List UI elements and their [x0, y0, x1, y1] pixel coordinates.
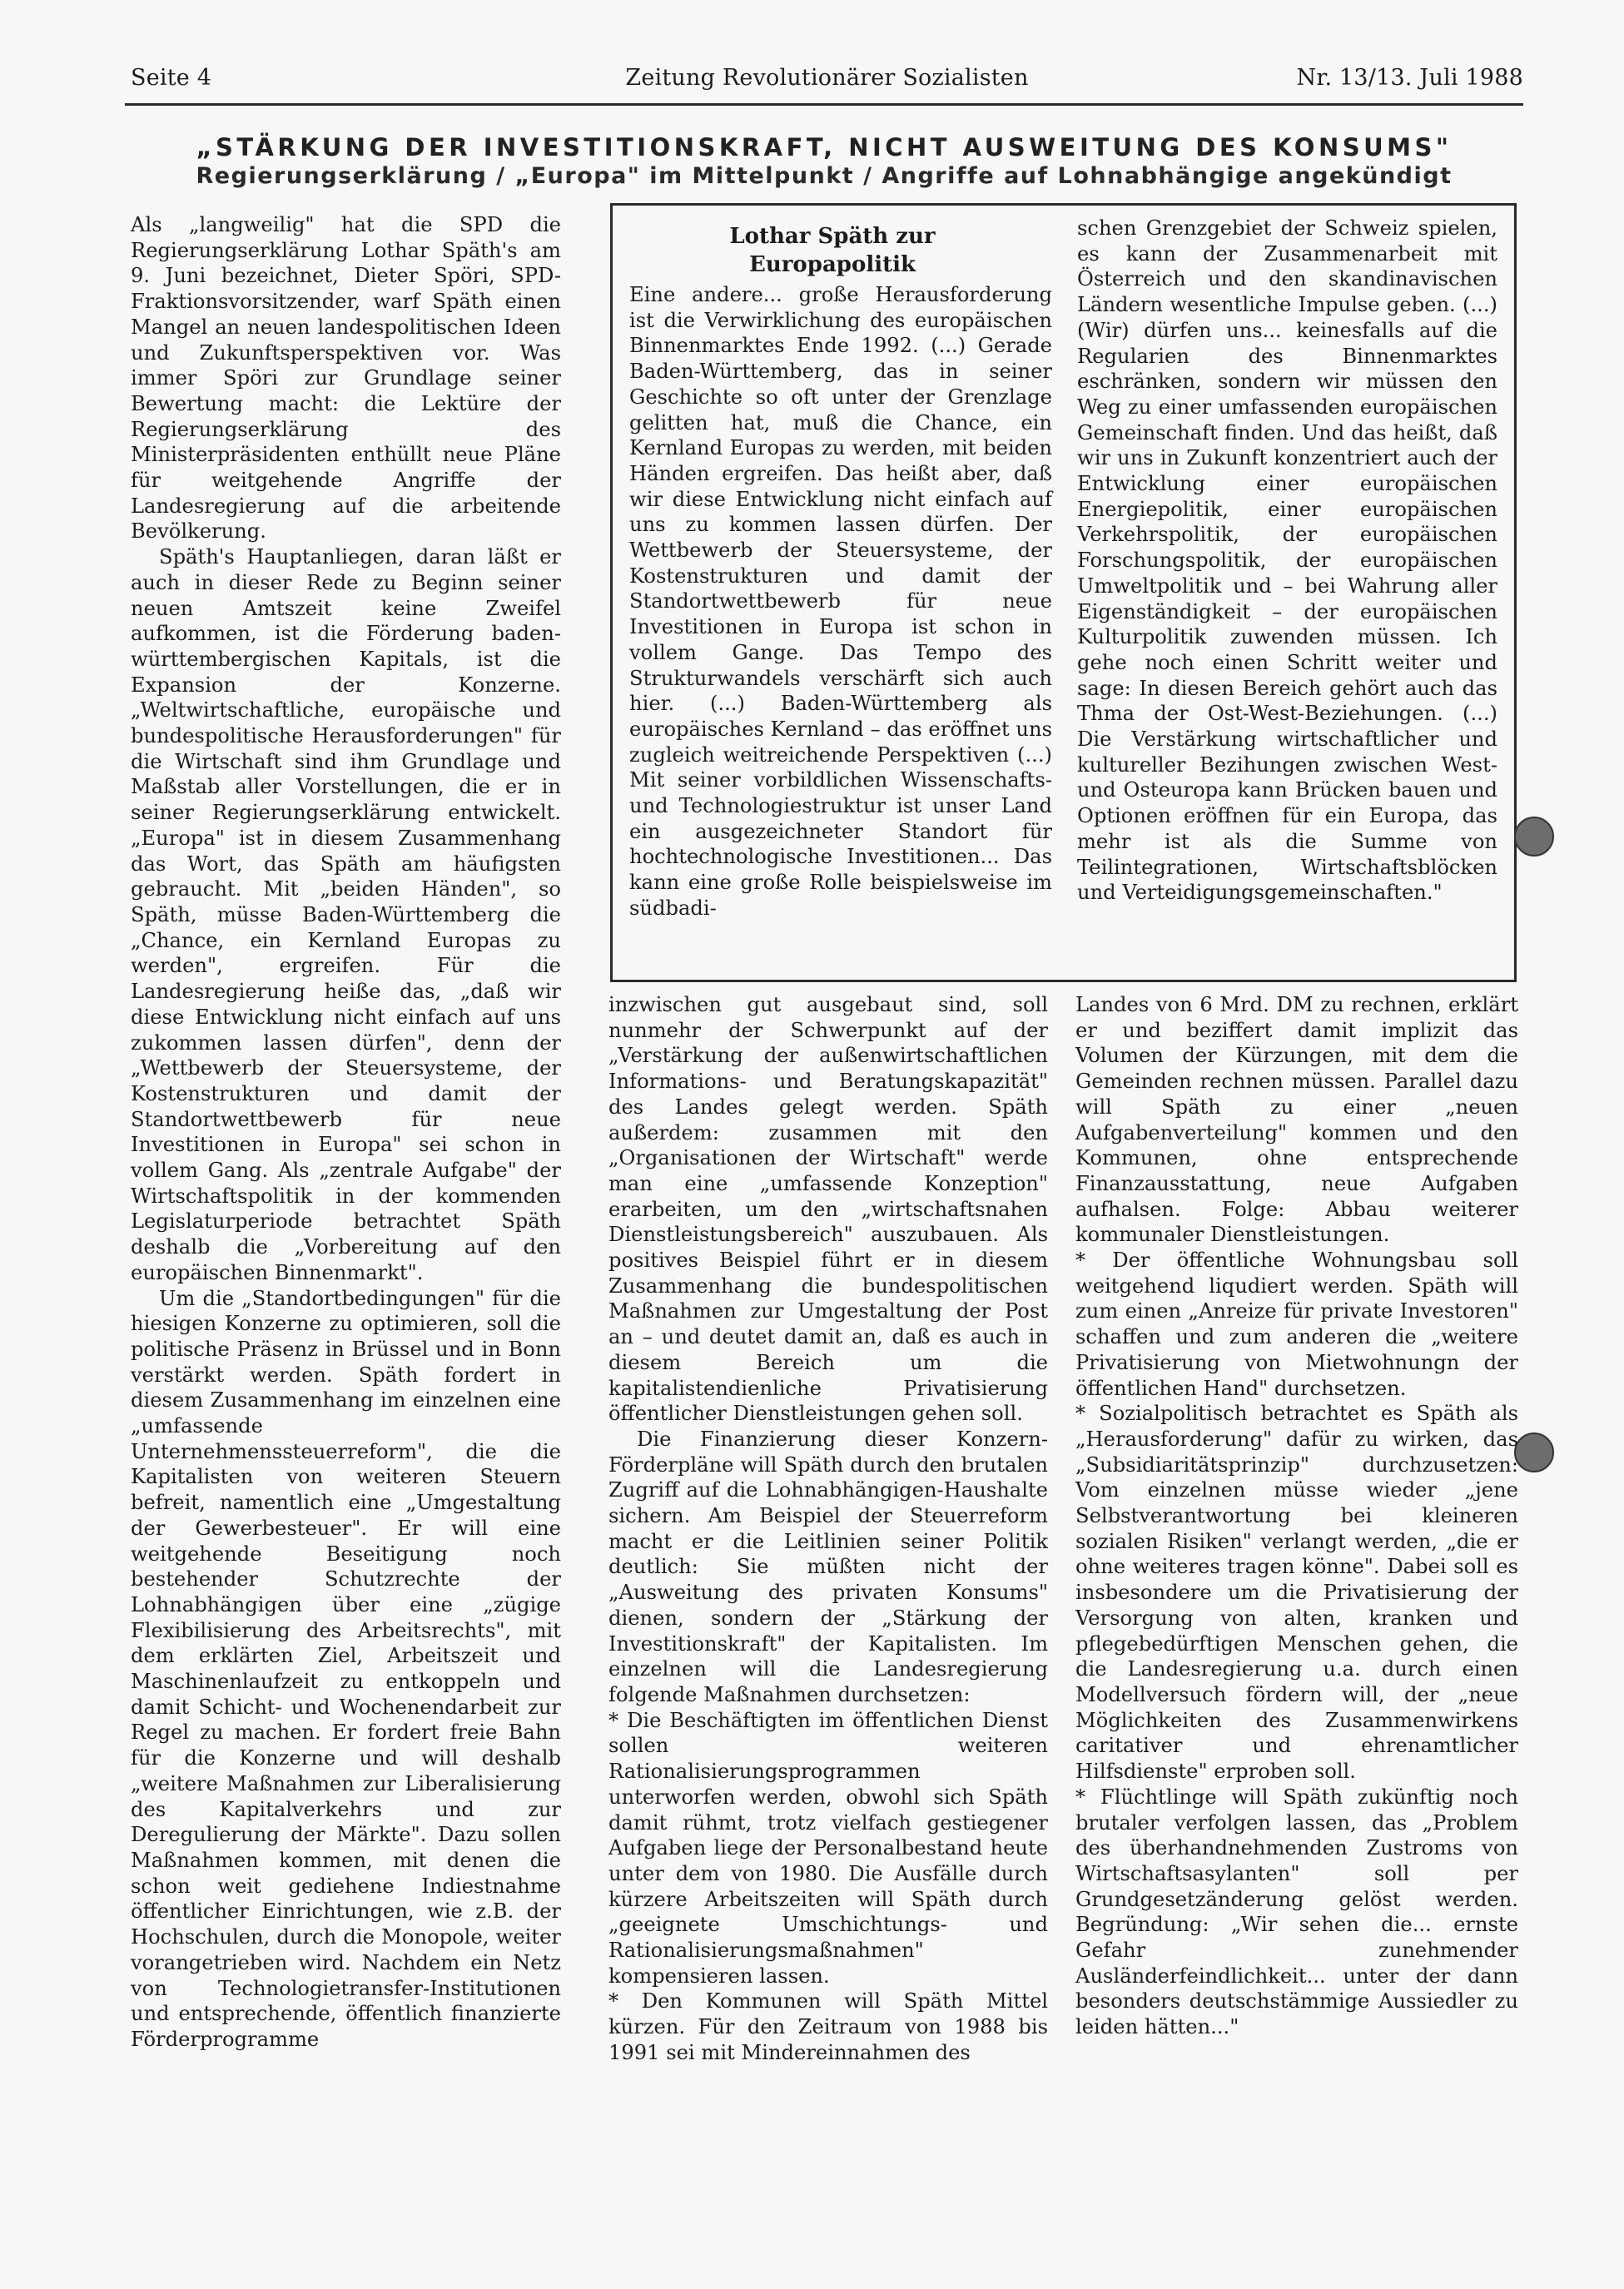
paragraph: Als „langweilig" hat die SPD die Regieru…: [131, 212, 561, 544]
issue-date: Nr. 13/13. Juli 1988: [1297, 65, 1523, 91]
paragraph: Um die „Standortbedingungen" für die hie…: [131, 1286, 561, 2053]
punch-hole-icon: [1514, 1432, 1554, 1472]
paragraph: Späth's Hauptanliegen, daran läßt er auc…: [131, 544, 561, 1285]
punch-hole-icon: [1514, 817, 1554, 857]
article-column-3: Landes von 6 Mrd. DM zu rechnen, erklärt…: [1075, 992, 1518, 2040]
bullet-paragraph: * Die Beschäftigten im öffentlichen Dien…: [608, 1708, 1048, 1989]
paragraph: Landes von 6 Mrd. DM zu rechnen, erklärt…: [1075, 992, 1518, 1248]
article-column-2: inzwischen gut ausgebaut sind, soll nunm…: [608, 992, 1048, 2066]
bullet-paragraph: * Sozialpolitisch betrachtet es Späth al…: [1075, 1401, 1518, 1785]
page-header: Seite 4 Zeitung Revolutionärer Sozialist…: [131, 65, 1523, 98]
bullet-paragraph: * Der öffentliche Wohnungsbau soll weitg…: [1075, 1248, 1518, 1401]
bullet-paragraph: * Flüchtlinge will Späth zukünftig noch …: [1075, 1785, 1518, 2040]
sidebar-title: Lothar Späth zur Europapolitik: [613, 222, 1052, 279]
sidebar-title-line-1: Lothar Späth zur: [613, 222, 1052, 251]
header-rule: [125, 103, 1523, 106]
quote-sidebar-box: Lothar Späth zur Europapolitik Eine ande…: [610, 203, 1517, 982]
article-subheadline: Regierungserklärung / „Europa" im Mittel…: [125, 163, 1523, 189]
sidebar-text-left: Eine andere... große Herausforderung ist…: [629, 282, 1052, 921]
paragraph: Die Finanzierung dieser Konzern-Förderpl…: [608, 1427, 1048, 1708]
article-headline: „STÄRKUNG DER INVESTITIONSKRAFT, NICHT A…: [125, 133, 1523, 161]
paragraph: inzwischen gut ausgebaut sind, soll nunm…: [608, 992, 1048, 1427]
sidebar-title-line-2: Europapolitik: [613, 251, 1052, 279]
sidebar-text-right: schen Grenzgebiet der Schweiz spielen, e…: [1077, 216, 1497, 906]
bullet-paragraph: * Den Kommunen will Späth Mittel kürzen.…: [608, 1989, 1048, 2065]
article-column-1: Als „langweilig" hat die SPD die Regieru…: [131, 212, 561, 2053]
